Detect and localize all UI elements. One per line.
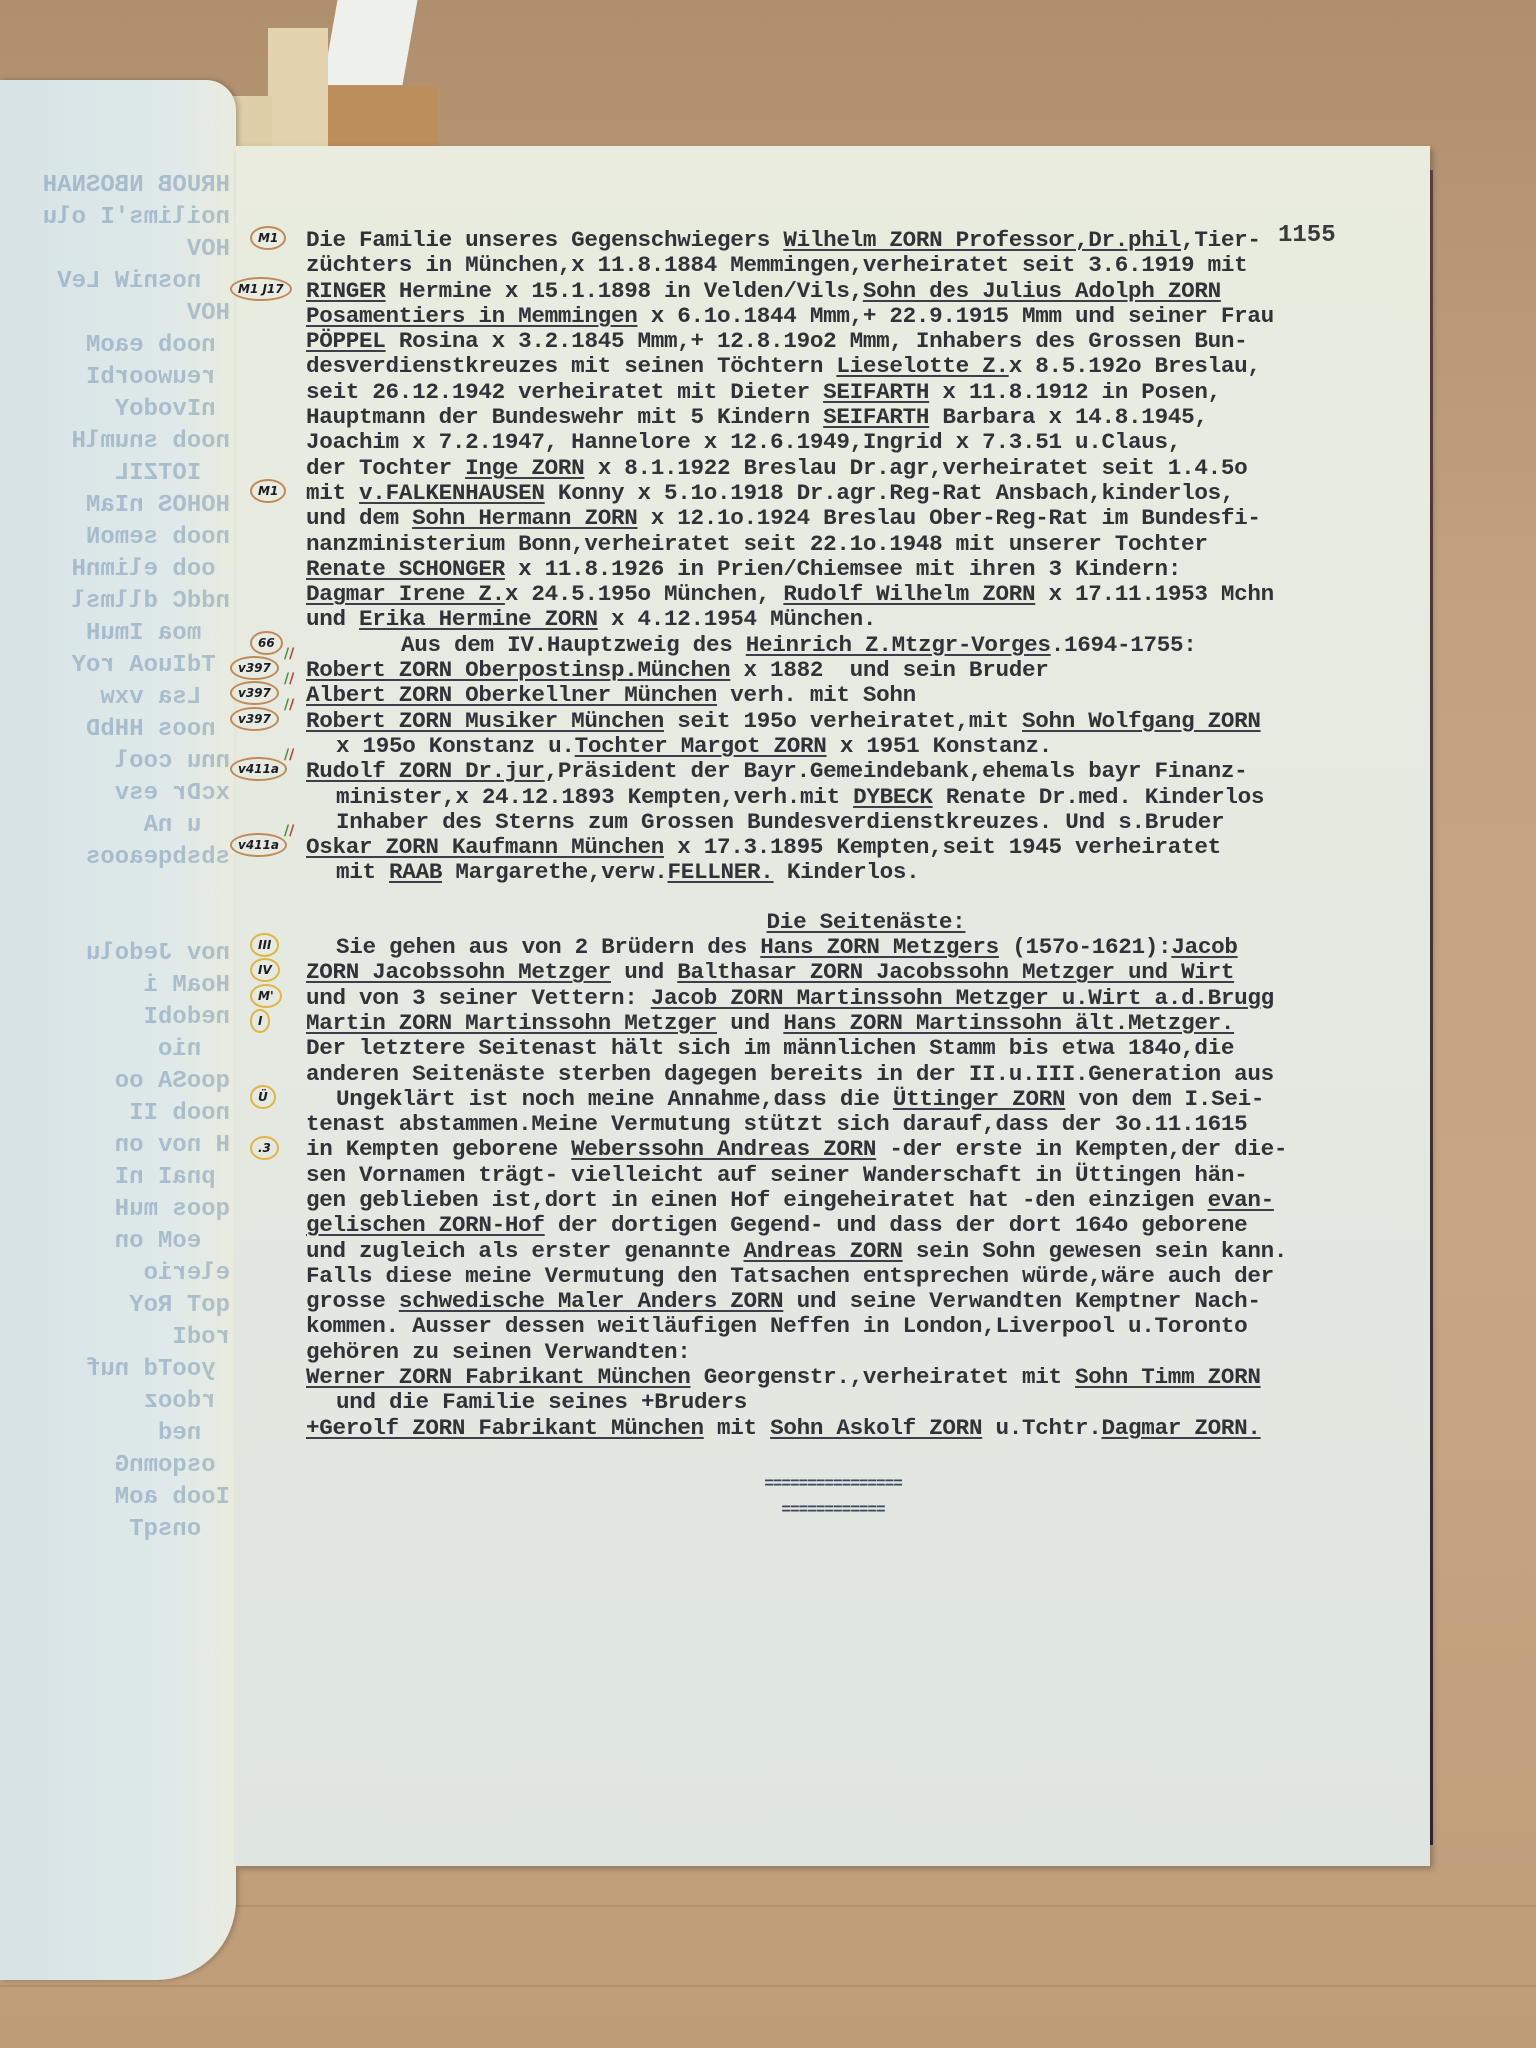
ornament-line: ================ — [236, 1475, 1430, 1493]
text-segment: und — [717, 1010, 783, 1036]
section-heading: Die Seitenäste: — [306, 910, 1426, 935]
bookmark-tab-brown — [328, 86, 438, 148]
text-line: Albert ZORN Oberkellner München verh. mi… — [306, 683, 1426, 708]
text-segment: und von 3 seiner Vettern: — [306, 985, 651, 1011]
check-tick-icon: // — [284, 697, 294, 713]
text-segment: Kinderlos. — [774, 859, 920, 885]
text-segment: Die Familie unseres Gegenschwiegers — [306, 227, 783, 253]
text-segment: u.Tchtr. — [982, 1415, 1101, 1441]
text-segment: und — [611, 959, 677, 985]
text-line: anderen Seitenäste sterben dagegen berei… — [306, 1062, 1426, 1087]
underlined-name: RINGER — [306, 278, 386, 304]
text-line: Die Familie unseres Gegenschwiegers Wilh… — [306, 228, 1426, 253]
text-line: sen Vornamen trägt- vielleicht auf seine… — [306, 1163, 1426, 1188]
underlined-name: Albert ZORN Oberkellner München — [306, 682, 717, 708]
text-line: tenast abstammen.Meine Vermutung stützt … — [306, 1112, 1426, 1137]
underlined-name: Sohn Wolfgang ZORN — [1022, 708, 1261, 734]
underlined-name: Martin ZORN Martinssohn Metzger — [306, 1010, 717, 1036]
underlined-name: Renate SCHONGER — [306, 556, 505, 582]
text-segment: mit — [336, 859, 389, 885]
text-line: Inhaber des Sterns zum Grossen Bundesver… — [306, 810, 1426, 835]
text-segment: Inhaber des Sterns zum Grossen Bundesver… — [336, 809, 1224, 835]
underlined-name: Posamentiers in Memmingen — [306, 303, 637, 329]
margin-annotation: III — [250, 933, 279, 957]
text-segment: und die Familie seines +Bruders — [336, 1389, 747, 1415]
text-segment: x 1951 Konstanz. — [827, 733, 1052, 759]
underlined-name: Wilhelm ZORN Professor,Dr.phil — [783, 227, 1181, 253]
text-segment: minister,x 24.12.1893 Kempten,verh.mit — [336, 784, 853, 810]
underlined-name: evan- — [1208, 1187, 1274, 1213]
text-line: gehören zu seinen Verwandten: — [306, 1340, 1426, 1365]
text-line: grosse schwedische Maler Anders ZORN und… — [306, 1289, 1426, 1314]
text-line: gelischen ZORN-Hof der dortigen Gegend- … — [306, 1213, 1426, 1238]
text-segment: -der erste in Kempten,der die- — [876, 1136, 1287, 1162]
underlined-name: RAAB — [389, 859, 442, 885]
text-segment: Renate Dr.med. Kinderlos — [933, 784, 1264, 810]
text-segment: kommen. Ausser dessen weitläufigen Neffe… — [306, 1313, 1247, 1339]
text-segment: x 11.8.1926 in Prien/Chiemsee mit ihren … — [505, 556, 1181, 582]
text-segment: der Tochter — [306, 455, 465, 481]
margin-annotation: M1 J17 — [230, 277, 292, 301]
text-segment: in Kempten geborene — [306, 1136, 571, 1162]
text-line: und Erika Hermine ZORN x 4.12.1954 Münch… — [306, 607, 1426, 632]
underlined-name: Hans ZORN Martinssohn ält.Metzger. — [783, 1010, 1234, 1036]
underlined-name: gelischen ZORN-Hof — [306, 1212, 545, 1238]
text-segment: Sie gehen aus von 2 Brüdern des — [336, 934, 760, 960]
underlined-name: Robert ZORN Oberpostinsp.München — [306, 657, 730, 683]
text-segment: gen geblieben ist,dort in einen Hof eing… — [306, 1187, 1208, 1213]
text-segment: nanzministerium Bonn,verheiratet seit 22… — [306, 531, 1208, 557]
text-line: Der letztere Seitenast hält sich im männ… — [306, 1036, 1426, 1061]
text-line: Renate SCHONGER x 11.8.1926 in Prien/Chi… — [306, 557, 1426, 582]
text-segment: und dem — [306, 505, 412, 531]
underlined-name: PÖPPEL — [306, 328, 386, 354]
margin-annotation: 66 — [250, 631, 283, 655]
text-line: Robert ZORN Oberpostinsp.München x 1882 … — [306, 658, 1426, 683]
page-body-text: Die Familie unseres Gegenschwiegers Wilh… — [306, 228, 1426, 1441]
text-line: und von 3 seiner Vettern: Jacob ZORN Mar… — [306, 986, 1426, 1011]
text-segment: x 24.5.195o München, — [505, 581, 783, 607]
text-segment: x 8.1.1922 Breslau Dr.agr,verheiratet se… — [584, 455, 1247, 481]
underlined-name: Weberssohn Andreas ZORN — [571, 1136, 876, 1162]
text-line: RINGER Hermine x 15.1.1898 in Velden/Vil… — [306, 279, 1426, 304]
margin-annotation: M' — [250, 984, 282, 1008]
text-segment: Konny x 5.1o.1918 Dr.agr.Reg-Rat Ansbach… — [545, 480, 1234, 506]
text-line: in Kempten geborene Weberssohn Andreas Z… — [306, 1137, 1426, 1162]
text-segment: Margarethe,verw. — [442, 859, 667, 885]
margin-annotation: M1 — [250, 479, 286, 503]
text-segment: Hermine x 15.1.1898 in Velden/Vils, — [386, 278, 863, 304]
text-segment: x 1882 und sein Bruder — [730, 657, 1048, 683]
text-line: Werner ZORN Fabrikant München Georgenstr… — [306, 1365, 1426, 1390]
typewritten-page: 1155 Die Familie unseres Gegenschwiegers… — [236, 146, 1430, 1866]
text-line: +Gerolf ZORN Fabrikant München mit Sohn … — [306, 1416, 1426, 1441]
margin-annotation: Ü — [250, 1085, 276, 1109]
text-line: Ungeklärt ist noch meine Annahme,dass di… — [306, 1087, 1426, 1112]
margin-annotation: I — [250, 1009, 270, 1033]
text-segment: desverdienstkreuzes mit seinen Töchtern — [306, 353, 836, 379]
text-segment: Falls diese meine Vermutung den Tatsache… — [306, 1263, 1274, 1289]
text-line: Joachim x 7.2.1947, Hannelore x 12.6.194… — [306, 430, 1426, 455]
text-line: minister,x 24.12.1893 Kempten,verh.mit D… — [306, 785, 1426, 810]
text-line: Posamentiers in Memmingen x 6.1o.1844 Mm… — [306, 304, 1426, 329]
text-segment: und — [306, 606, 359, 632]
text-line: und dem Sohn Hermann ZORN x 12.1o.1924 B… — [306, 506, 1426, 531]
underlined-name: Sohn Hermann ZORN — [412, 505, 637, 531]
text-line: gen geblieben ist,dort in einen Hof eing… — [306, 1188, 1426, 1213]
underlined-name: v.FALKENHAUSEN — [359, 480, 545, 506]
underlined-name: Erika Hermine ZORN — [359, 606, 598, 632]
underlined-name: Sohn Timm ZORN — [1075, 1364, 1261, 1390]
table-grain — [0, 1985, 1536, 1987]
text-segment: mit — [704, 1415, 770, 1441]
underlined-name: Üttinger ZORN — [893, 1086, 1065, 1112]
text-line: Sie gehen aus von 2 Brüdern des Hans ZOR… — [306, 935, 1426, 960]
text-line: und die Familie seines +Bruders — [306, 1390, 1426, 1415]
text-segment: sen Vornamen trägt- vielleicht auf seine… — [306, 1162, 1247, 1188]
underlined-name: +Gerolf ZORN Fabrikant München — [306, 1415, 704, 1441]
text-segment: x 4.12.1954 München. — [598, 606, 876, 632]
text-segment: Aus dem IV.Hauptzweig des — [401, 632, 746, 658]
text-segment: ,Präsident der Bayr.Gemeindebank,ehemals… — [545, 758, 1248, 784]
underlined-name: Hans ZORN Metzgers — [760, 934, 999, 960]
underlined-name: Andreas ZORN — [744, 1238, 903, 1264]
text-line: Falls diese meine Vermutung den Tatsache… — [306, 1264, 1426, 1289]
margin-annotation: v411a — [230, 757, 287, 781]
underlined-name: Jacob ZORN Martinssohn Metzger u.Wirt a.… — [651, 985, 1274, 1011]
text-segment: x 6.1o.1844 Mmm,+ 22.9.1915 Mmm und sein… — [637, 303, 1273, 329]
left-page-show-through-text: HRUOB NBOSNAH noilims'I olu HOV nosniW L… — [0, 170, 230, 1546]
text-segment: Rosina x 3.2.1845 Mmm,+ 12.8.19o2 Mmm, I… — [386, 328, 1248, 354]
text-segment: (157o-1621): — [999, 934, 1171, 960]
text-segment: .1694-1755: — [1051, 632, 1197, 658]
text-line: Oskar ZORN Kaufmann München x 17.3.1895 … — [306, 835, 1426, 860]
text-segment: gehören zu seinen Verwandten: — [306, 1339, 691, 1365]
text-segment: Georgenstr.,verheiratet mit — [691, 1364, 1076, 1390]
bookmark-tab-cream — [268, 28, 328, 148]
text-segment: sein Sohn gewesen sein kann. — [903, 1238, 1288, 1264]
text-segment: Ungeklärt ist noch meine Annahme,dass di… — [336, 1086, 893, 1112]
underlined-name: Die Seitenäste: — [767, 909, 966, 935]
text-line: Martin ZORN Martinssohn Metzger und Hans… — [306, 1011, 1426, 1036]
text-line: der Tochter Inge ZORN x 8.1.1922 Breslau… — [306, 456, 1426, 481]
text-line: Aus dem IV.Hauptzweig des Heinrich Z.Mtz… — [306, 633, 1426, 658]
text-line: Dagmar Irene Z.x 24.5.195o München, Rudo… — [306, 582, 1426, 607]
text-segment: Der letztere Seitenast hält sich im männ… — [306, 1035, 1234, 1061]
text-segment: x 8.5.192o Breslau, — [1009, 353, 1261, 379]
text-segment: x 195o Konstanz u. — [336, 733, 575, 759]
text-segment: Joachim x 7.2.1947, Hannelore x 12.6.194… — [306, 429, 1181, 455]
text-line: Hauptmann der Bundeswehr mit 5 Kindern S… — [306, 405, 1426, 430]
underlined-name: ZORN Jacobssohn Metzger — [306, 959, 611, 985]
margin-annotation: v397 — [230, 681, 279, 705]
text-segment: x 12.1o.1924 Breslau Ober-Reg-Rat im Bun… — [637, 505, 1260, 531]
text-line: ZORN Jacobssohn Metzger und Balthasar ZO… — [306, 960, 1426, 985]
text-segment: anderen Seitenäste sterben dagegen berei… — [306, 1061, 1274, 1087]
text-segment: verh. mit Sohn — [717, 682, 916, 708]
text-line: züchters in München,x 11.8.1884 Memminge… — [306, 253, 1426, 278]
paragraph-gap — [306, 886, 1426, 910]
underlined-name: DYBECK — [853, 784, 933, 810]
underlined-name: Jacob — [1171, 934, 1237, 960]
margin-annotation: .3 — [250, 1136, 279, 1160]
underlined-name: Rudolf ZORN Dr.jur — [306, 758, 545, 784]
margin-annotation: v411a — [230, 833, 287, 857]
underlined-name: SEIFARTH — [823, 404, 929, 430]
margin-annotation: v397 — [230, 707, 279, 731]
text-line: desverdienstkreuzes mit seinen Töchtern … — [306, 354, 1426, 379]
margin-annotation: IV — [250, 958, 280, 982]
text-segment: der dortigen Gegend- und dass der dort 1… — [545, 1212, 1248, 1238]
underlined-name: Rudolf Wilhelm ZORN — [783, 581, 1035, 607]
text-line: mit RAAB Margarethe,verw.FELLNER. Kinder… — [306, 860, 1426, 885]
text-segment: x 17.11.1953 Mchn — [1035, 581, 1274, 607]
text-segment: x 17.3.1895 Kempten,seit 1945 verheirate… — [664, 834, 1221, 860]
text-segment: x 11.8.1912 in Posen, — [929, 379, 1221, 405]
text-segment: Hauptmann der Bundeswehr mit 5 Kindern — [306, 404, 823, 430]
left-page: HRUOB NBOSNAH noilims'I olu HOV nosniW L… — [0, 80, 236, 1980]
check-tick-icon: // — [284, 823, 294, 839]
underlined-name: Inge ZORN — [465, 455, 584, 481]
bookmark-tab-white — [323, 0, 418, 85]
text-segment: von dem I.Sei- — [1065, 1086, 1264, 1112]
text-line: nanzministerium Bonn,verheiratet seit 22… — [306, 532, 1426, 557]
check-tick-icon: // — [284, 646, 294, 662]
text-segment: tenast abstammen.Meine Vermutung stützt … — [306, 1111, 1247, 1137]
text-line: Rudolf ZORN Dr.jur,Präsident der Bayr.Ge… — [306, 759, 1426, 784]
underlined-name: SEIFARTH — [823, 379, 929, 405]
text-segment: züchters in München,x 11.8.1884 Memminge… — [306, 252, 1247, 278]
text-line: kommen. Ausser dessen weitläufigen Neffe… — [306, 1314, 1426, 1339]
text-line: und zugleich als erster genannte Andreas… — [306, 1239, 1426, 1264]
text-segment: Barbara x 14.8.1945, — [929, 404, 1207, 430]
text-line: seit 26.12.1942 verheiratet mit Dieter S… — [306, 380, 1426, 405]
underlined-name: Heinrich Z.Mtzgr-Vorges — [746, 632, 1051, 658]
underlined-name: Dagmar ZORN. — [1102, 1415, 1261, 1441]
margin-annotation: M1 — [250, 226, 286, 250]
underlined-name: schwedische Maler Anders ZORN — [399, 1288, 784, 1314]
underlined-name: Sohn des Julius Adolph ZORN — [863, 278, 1221, 304]
underlined-name: Lieselotte Z. — [836, 353, 1008, 379]
underlined-name: Balthasar ZORN Jacobssohn Metzger und Wi… — [677, 959, 1234, 985]
text-line: x 195o Konstanz u.Tochter Margot ZORN x … — [306, 734, 1426, 759]
underlined-name: Dagmar Irene Z. — [306, 581, 505, 607]
text-line: PÖPPEL Rosina x 3.2.1845 Mmm,+ 12.8.19o2… — [306, 329, 1426, 354]
underlined-name: Werner ZORN Fabrikant München — [306, 1364, 691, 1390]
text-line: mit v.FALKENHAUSEN Konny x 5.1o.1918 Dr.… — [306, 481, 1426, 506]
text-segment: mit — [306, 480, 359, 506]
text-segment: und seine Verwandten Kemptner Nach- — [783, 1288, 1260, 1314]
underlined-name: Sohn Askolf ZORN — [770, 1415, 982, 1441]
check-tick-icon: // — [284, 747, 294, 763]
text-segment: und zugleich als erster genannte — [306, 1238, 744, 1264]
text-segment: ,Tier- — [1181, 227, 1261, 253]
underlined-name: Robert ZORN Musiker München — [306, 708, 664, 734]
text-line: Robert ZORN Musiker München seit 195o ve… — [306, 709, 1426, 734]
text-segment: grosse — [306, 1288, 399, 1314]
text-segment: seit 195o verheiratet,mit — [664, 708, 1022, 734]
underlined-name: Tochter Margot ZORN — [575, 733, 827, 759]
text-segment: seit 26.12.1942 verheiratet mit Dieter — [306, 379, 823, 405]
underlined-name: Oskar ZORN Kaufmann München — [306, 834, 664, 860]
ornament-line: ============ — [236, 1501, 1430, 1519]
closing-ornament: ============================ — [236, 1475, 1430, 1527]
check-tick-icon: // — [284, 671, 294, 687]
margin-annotation: v397 — [230, 656, 279, 680]
underlined-name: FELLNER. — [668, 859, 774, 885]
